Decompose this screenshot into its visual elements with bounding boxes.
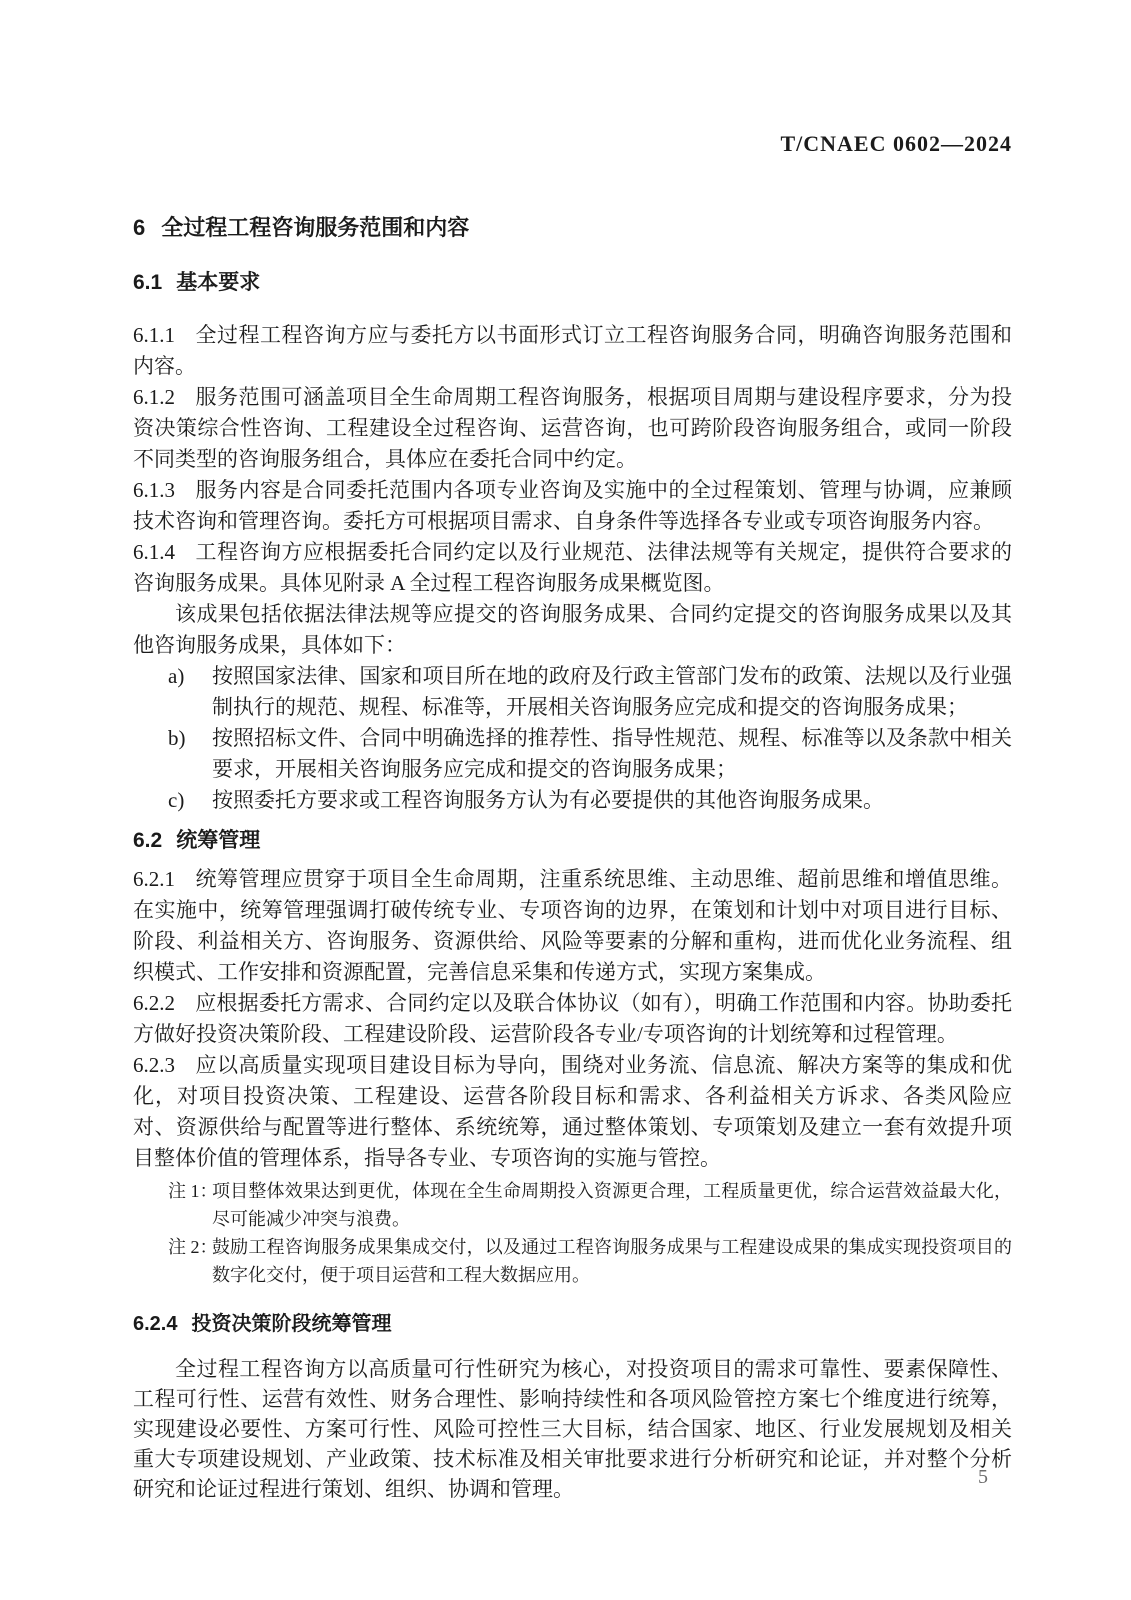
note-1: 注 1：项目整体效果达到更优，体现在全生命周期投入资源更合理，工程质量更优，综合… (133, 1177, 1012, 1233)
results-intro-paragraph: 该成果包括依据法律法规等应提交的咨询服务成果、合同约定提交的咨询服务成果以及其他… (133, 599, 1012, 661)
notes-block: 注 1：项目整体效果达到更优，体现在全生命周期投入资源更合理，工程质量更优，综合… (133, 1177, 1012, 1289)
clause-6-1-2: 6.1.2服务范围可涵盖项目全生命周期工程咨询服务，根据项目周期与建设程序要求，… (133, 382, 1012, 475)
clause-6-1-1-number: 6.1.1 (133, 323, 175, 347)
clause-6-2-1-number: 6.2.1 (133, 867, 175, 891)
clause-6-1-4: 6.1.4工程咨询方应根据委托合同约定以及行业规范、法律法规等有关规定，提供符合… (133, 537, 1012, 599)
clause-6-2-2-text: 应根据委托方需求、合同约定以及联合体协议（如有），明确工作范围和内容。协助委托方… (133, 991, 1012, 1046)
list-item-b: b)按照招标文件、合同中明确选择的推荐性、指导性规范、规程、标准等以及条款中相关… (133, 723, 1012, 785)
document-page: T/CNAEC 0602—2024 6全过程工程咨询服务范围和内容 6.1基本要… (0, 0, 1131, 1600)
clause-6-1-2-text: 服务范围可涵盖项目全生命周期工程咨询服务，根据项目周期与建设程序要求，分为投资决… (133, 385, 1012, 471)
chapter-number: 6 (133, 215, 145, 240)
list-item-a-marker: a) (168, 661, 184, 692)
clause-6-2-3: 6.2.3应以高质量实现项目建设目标为导向，围绕对业务流、信息流、解决方案等的集… (133, 1050, 1012, 1174)
note-2-label: 注 2： (168, 1233, 218, 1261)
chapter-heading: 6全过程工程咨询服务范围和内容 (133, 213, 1012, 243)
list-item-a-text: 按照国家法律、国家和项目所在地的政府及行政主管部门发布的政策、法规以及行业强制执… (212, 664, 1012, 719)
clause-6-2-3-text: 应以高质量实现项目建设目标为导向，围绕对业务流、信息流、解决方案等的集成和优化，… (133, 1053, 1012, 1170)
section-61-number: 6.1 (133, 271, 162, 294)
section-61-title: 基本要求 (176, 271, 260, 294)
section-62-number: 6.2 (133, 829, 162, 852)
list-item-b-text: 按照招标文件、合同中明确选择的推荐性、指导性规范、规程、标准等以及条款中相关要求… (212, 726, 1012, 781)
clause-6-1-3-number: 6.1.3 (133, 478, 175, 502)
chapter-title: 全过程工程咨询服务范围和内容 (161, 215, 469, 240)
clause-6-1-3-text: 服务内容是合同委托范围内各项专业咨询及实施中的全过程策划、管理与协调，应兼顾技术… (133, 478, 1012, 533)
list-item-c-marker: c) (168, 785, 184, 816)
clause-6-1-1: 6.1.1全过程工程咨询方应与委托方以书面形式订立工程咨询服务合同，明确咨询服务… (133, 320, 1012, 382)
note-1-label: 注 1： (168, 1177, 218, 1205)
note-1-text: 项目整体效果达到更优，体现在全生命周期投入资源更合理，工程质量更优，综合运营效益… (212, 1181, 1012, 1229)
note-2-text: 鼓励工程咨询服务成果集成交付，以及通过工程咨询服务成果与工程建设成果的集成实现投… (212, 1237, 1012, 1285)
clause-6-2-3-number: 6.2.3 (133, 1053, 175, 1077)
document-content: 6全过程工程咨询服务范围和内容 6.1基本要求 6.1.1全过程工程咨询方应与委… (133, 0, 1012, 1504)
clause-6-1-4-number: 6.1.4 (133, 540, 175, 564)
clause-6-1-1-text: 全过程工程咨询方应与委托方以书面形式订立工程咨询服务合同，明确咨询服务范围和内容… (133, 323, 1012, 378)
clause-6-2-1-text: 统筹管理应贯穿于项目全生命周期，注重系统思维、主动思维、超前思维和增值思维。在实… (133, 867, 1012, 984)
clause-6-1-3: 6.1.3服务内容是合同委托范围内各项专业咨询及实施中的全过程策划、管理与协调，… (133, 475, 1012, 537)
note-2: 注 2：鼓励工程咨询服务成果集成交付，以及通过工程咨询服务成果与工程建设成果的集… (133, 1233, 1012, 1289)
section-61-heading: 6.1基本要求 (133, 268, 1012, 298)
subsection-624-title: 投资决策阶段统筹管理 (191, 1313, 391, 1335)
section-62-heading: 6.2统筹管理 (133, 826, 1012, 856)
clause-6-2-1: 6.2.1统筹管理应贯穿于项目全生命周期，注重系统思维、主动思维、超前思维和增值… (133, 864, 1012, 988)
list-item-b-marker: b) (168, 723, 186, 754)
subsection-624-paragraph: 全过程工程咨询方以高质量可行性研究为核心，对投资项目的需求可靠性、要素保障性、工… (133, 1354, 1012, 1504)
list-item-c-text: 按照委托方要求或工程咨询服务方认为有必要提供的其他咨询服务成果。 (212, 788, 884, 812)
list-item-c: c)按照委托方要求或工程咨询服务方认为有必要提供的其他咨询服务成果。 (133, 785, 1012, 816)
clause-6-1-2-number: 6.1.2 (133, 385, 175, 409)
subsection-624-heading: 6.2.4投资决策阶段统筹管理 (133, 1309, 1012, 1339)
clause-6-2-2-number: 6.2.2 (133, 991, 175, 1015)
page-number: 5 (978, 1466, 988, 1489)
clause-6-1-4-text: 工程咨询方应根据委托合同约定以及行业规范、法律法规等有关规定，提供符合要求的咨询… (133, 540, 1012, 595)
list-item-a: a)按照国家法律、国家和项目所在地的政府及行政主管部门发布的政策、法规以及行业强… (133, 661, 1012, 723)
subsection-624-number: 6.2.4 (133, 1313, 177, 1335)
clause-6-2-2: 6.2.2应根据委托方需求、合同约定以及联合体协议（如有），明确工作范围和内容。… (133, 988, 1012, 1050)
section-62-title: 统筹管理 (176, 829, 260, 852)
